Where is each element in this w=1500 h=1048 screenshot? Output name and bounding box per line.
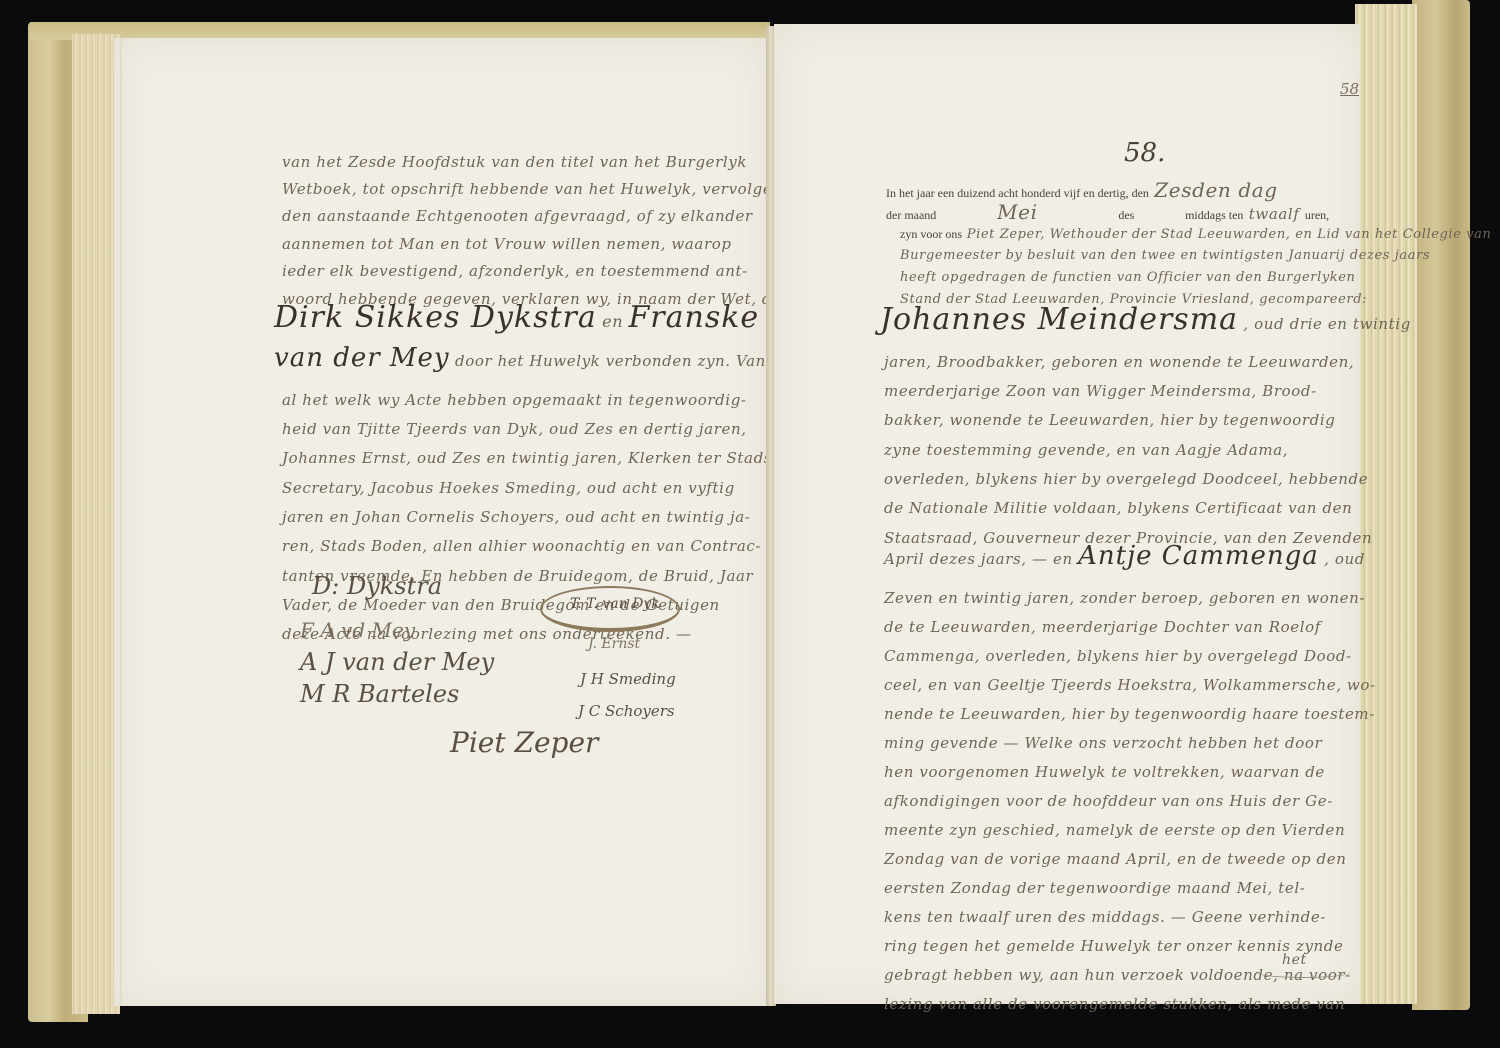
- preprinted-text: des: [1118, 208, 1134, 222]
- text-line: door het Huwelyk verbonden zyn. Van: [455, 352, 766, 370]
- entry-number: 58.: [1124, 138, 1165, 168]
- text-line: de te Leeuwarden, meerderjarige Dochter …: [884, 617, 1321, 637]
- book-scan: van het Zesde Hoofdstuk van den titel va…: [0, 0, 1500, 1048]
- text-line: overleden, blykens hier by overgelegd Do…: [884, 469, 1368, 489]
- text-line: eersten Zondag der tegenwoordige maand M…: [884, 878, 1305, 898]
- bride-surname-line: van der Mey door het Huwelyk verbonden z…: [274, 348, 766, 388]
- text-line: Zondag van de vorige maand April, en de …: [884, 849, 1346, 869]
- text-line: kens ten twaalf uren des middags. — Geen…: [884, 907, 1326, 927]
- text-line: afkondigingen voor de hoofddeur van ons …: [884, 791, 1333, 811]
- text-line: den aanstaande Echtgenooten afgevraagd, …: [282, 206, 753, 226]
- preprinted-text: In het jaar een duizend acht honderd vij…: [886, 186, 1149, 200]
- text-line: al het welk wy Acte hebben opgemaakt in …: [282, 390, 747, 410]
- text-line: ming gevende — Welke ons verzocht hebben…: [884, 733, 1322, 753]
- text-line: de Nationale Militie voldaan, blykens Ce…: [884, 498, 1352, 518]
- page-stack-right: [1355, 4, 1417, 1004]
- handwritten-text: , oud drie en twintig: [1243, 315, 1410, 333]
- folio-number: 58: [1340, 80, 1359, 98]
- handwritten-hour: twaalf: [1249, 205, 1300, 223]
- text-line: Johannes Ernst, oud Zes en twintig jaren…: [282, 448, 772, 468]
- text-line: Burgemeester by besluit van den twee en …: [900, 246, 1430, 266]
- preprinted-text: middags ten: [1185, 208, 1243, 222]
- preprinted-text: uren,: [1305, 208, 1329, 222]
- preprinted-header-line-2: der maand Mei des middags ten twaalf ure…: [886, 202, 1329, 225]
- text-line: Wetboek, tot opschrift hebbende van het …: [282, 179, 791, 199]
- preprinted-text: der maand: [886, 208, 936, 222]
- text-line: jaren en Johan Cornelis Schoyers, oud ac…: [282, 507, 750, 527]
- groom-name: Johannes Meindersma: [880, 302, 1238, 337]
- text-line: ring tegen het gemelde Huwelyk ter onzer…: [884, 936, 1343, 956]
- text-line: zyn voor ons Piet Zeper, Wethouder der S…: [900, 224, 1492, 245]
- groom-name: Dirk Sikkes Dykstra: [274, 300, 597, 335]
- handwritten-day: Zesden dag: [1154, 178, 1277, 202]
- text-line: ceel, en van Geeltje Tjeerds Hoekstra, W…: [884, 675, 1376, 695]
- text-line: lezing van alle de voorengemelde stukken…: [884, 994, 1345, 1014]
- text-line: zyne toestemming gevende, en van Aagje A…: [884, 440, 1288, 460]
- text-line: aannemen tot Man en tot Vrouw willen nem…: [282, 234, 732, 254]
- text-line: Cammenga, overleden, blykens hier by ove…: [884, 646, 1352, 666]
- bride-surname: van der Mey: [274, 343, 450, 373]
- preprinted-header-line-1: In het jaar een duizend acht honderd vij…: [886, 180, 1278, 203]
- catchword-flourish: [1255, 966, 1351, 978]
- handwritten-text: Piet Zeper, Wethouder der Stad Leeuwarde…: [967, 227, 1492, 242]
- text-line: meerderjarige Zoon van Wigger Meindersma…: [884, 381, 1317, 401]
- bride-line: April dezes jaars, — en Antje Cammenga ,…: [884, 546, 1365, 586]
- text-line: hen voorgenomen Huwelyk te voltrekken, w…: [884, 762, 1325, 782]
- signature-bride: F A vd Mey: [300, 618, 415, 642]
- text-line: ren, Stads Boden, allen alhier woonachti…: [282, 536, 761, 556]
- text-line: jaren, Broodbakker, geboren en wonende t…: [884, 352, 1354, 372]
- bride-name: Antje Cammenga: [1078, 541, 1319, 571]
- handwritten-text: , oud: [1324, 550, 1365, 568]
- left-page: van het Zesde Hoofdstuk van den titel va…: [114, 38, 768, 1006]
- page-edge-line: [120, 38, 122, 1006]
- groom-line: Johannes Meindersma , oud drie en twinti…: [880, 310, 1411, 350]
- signature-witness-2: J. Ernst: [588, 636, 640, 652]
- text-line: heid van Tjitte Tjeerds van Dyk, oud Zes…: [282, 419, 747, 439]
- signature-groom: D: Dykstra: [312, 572, 442, 600]
- signature-mother: M R Barteles: [300, 680, 459, 708]
- signature-witness-3: J H Smeding: [580, 670, 676, 688]
- text-line: bakker, wonende te Leeuwarden, hier by t…: [884, 410, 1336, 430]
- signature-witness-1: T. T. van Dyk: [570, 596, 660, 612]
- text-line: nende te Leeuwarden, hier by tegenwoordi…: [884, 704, 1375, 724]
- text-line: meente zyn geschied, namelyk de eerste o…: [884, 820, 1345, 840]
- text-line: ieder elk bevestigend, afzonderlyk, en t…: [282, 261, 748, 281]
- book-cover-right-edge: [1412, 0, 1470, 1010]
- signature-witness-4: J C Schoyers: [578, 702, 675, 720]
- page-stack-left: [72, 34, 120, 1014]
- text-line: Secretary, Jacobus Hoekes Smeding, oud a…: [282, 478, 735, 498]
- signature-official: Piet Zeper: [450, 726, 598, 759]
- text-line: Zeven en twintig jaren, zonder beroep, g…: [884, 588, 1365, 608]
- signature-father: A J van der Mey: [300, 648, 494, 676]
- handwritten-month: Mei: [997, 200, 1038, 224]
- conjunction: en: [602, 312, 623, 331]
- preprinted-text: zyn voor ons: [900, 227, 962, 241]
- text-line: van het Zesde Hoofdstuk van den titel va…: [282, 152, 747, 172]
- text-line: heeft opgedragen de functien van Officie…: [900, 268, 1356, 288]
- handwritten-text: April dezes jaars, — en: [884, 550, 1073, 568]
